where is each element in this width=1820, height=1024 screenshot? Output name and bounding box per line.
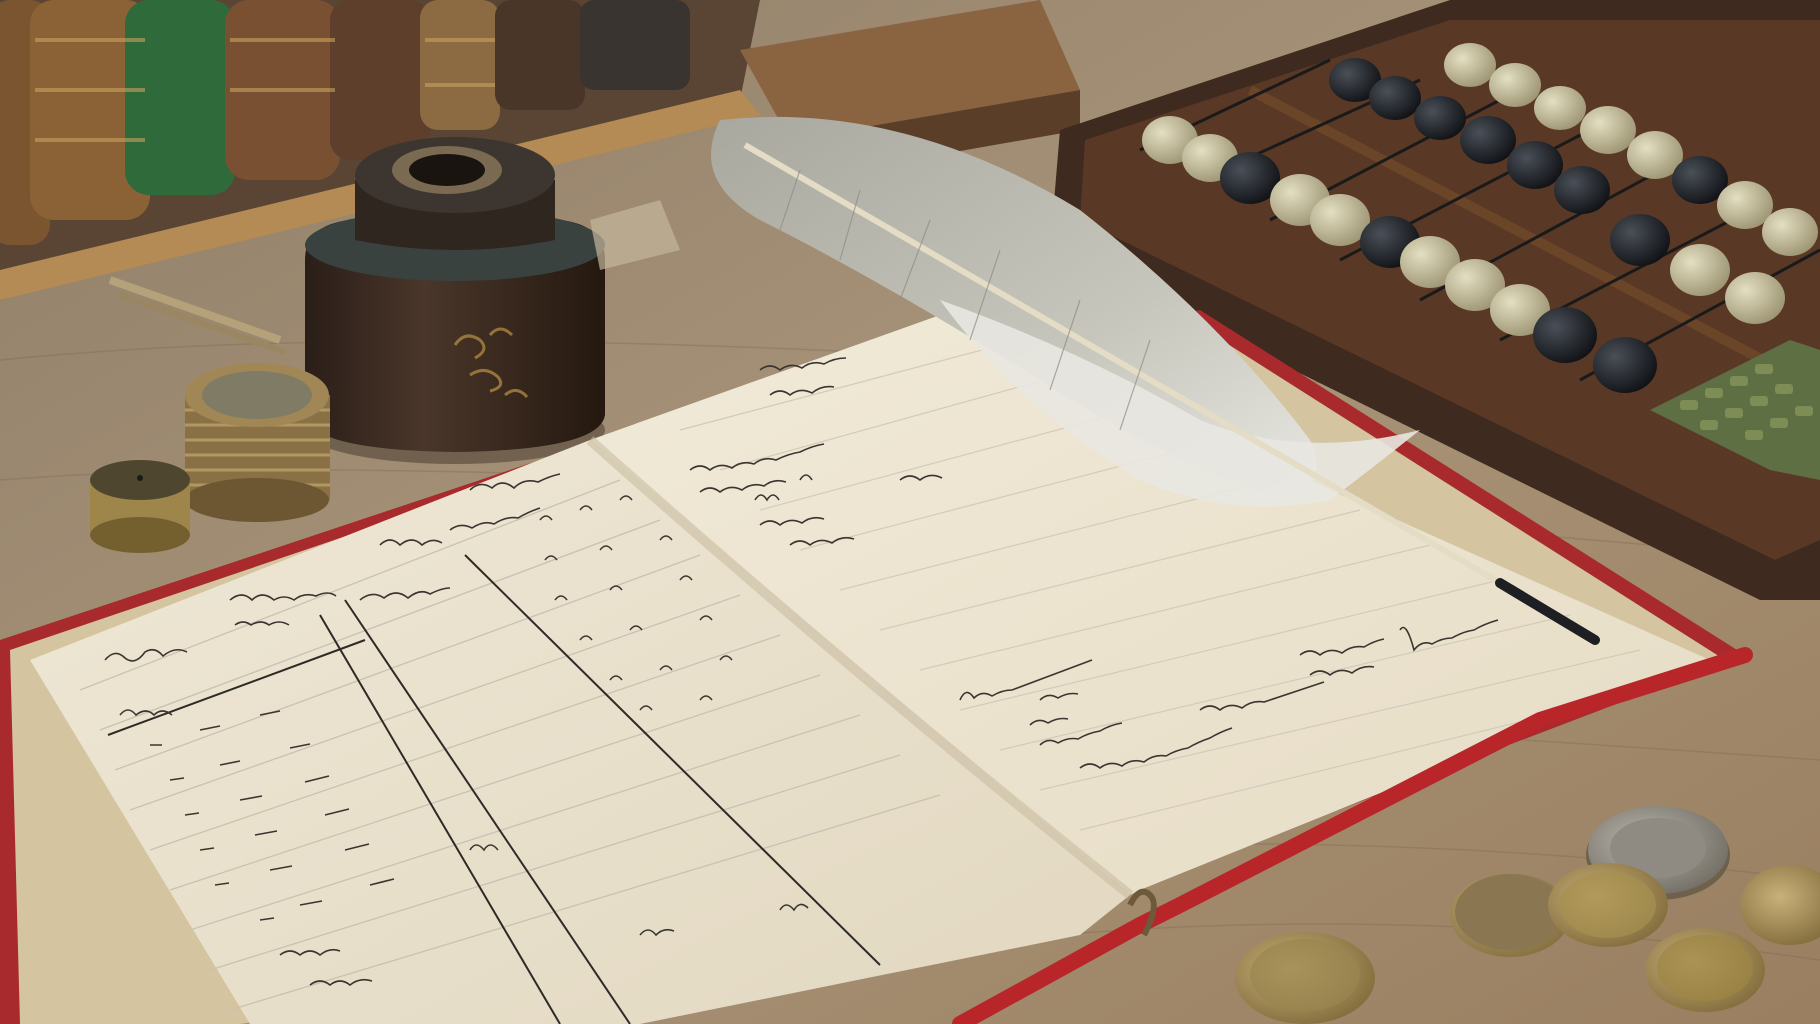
still-life-scene: Antique ledger still life An open handwr… — [0, 0, 1820, 1024]
coin-stack — [185, 363, 330, 522]
scene-illustration — [0, 0, 1820, 1024]
brass-weight — [90, 460, 190, 553]
